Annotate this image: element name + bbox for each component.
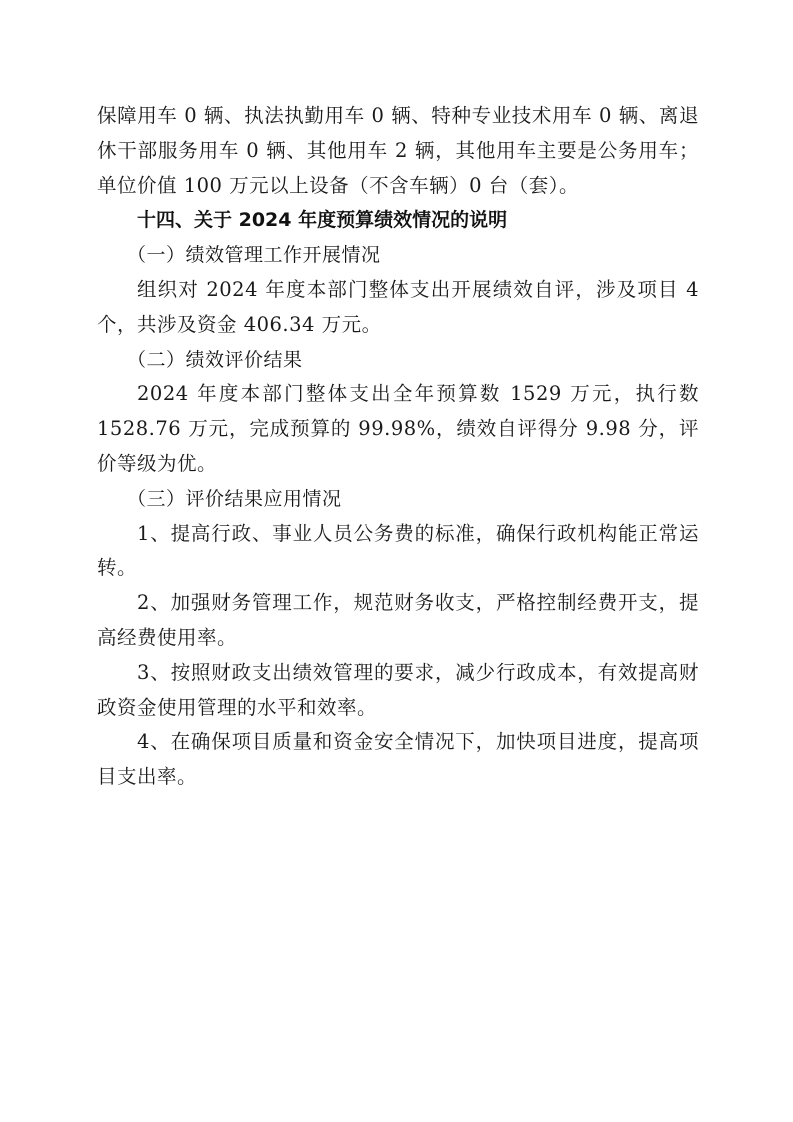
- intro-paragraph: 保障用车 0 辆、执法执勤用车 0 辆、特种专业技术用车 0 辆、离退休干部服务…: [97, 99, 699, 203]
- section-title: 十四、关于 2024 年度预算绩效情况的说明: [97, 203, 699, 238]
- list-item-application-1: 1、提高行政、事业人员公务费的标准，确保行政机构能正常运转。: [97, 517, 699, 587]
- list-item-application-2: 2、加强财务管理工作，规范财务收支，严格控制经费开支，提高经费使用率。: [97, 586, 699, 656]
- document-page: 保障用车 0 辆、执法执勤用车 0 辆、特种专业技术用车 0 辆、离退休干部服务…: [97, 99, 699, 795]
- paragraph-performance-management: 组织对 2024 年度本部门整体支出开展绩效自评，涉及项目 4 个，共涉及资金 …: [97, 273, 699, 343]
- list-item-application-4: 4、在确保项目质量和资金安全情况下，加快项目进度，提高项目支出率。: [97, 725, 699, 795]
- paragraph-evaluation-result: 2024 年度本部门整体支出全年预算数 1529 万元，执行数 1528.76 …: [97, 377, 699, 481]
- subsection-title-performance-management: （一）绩效管理工作开展情况: [97, 238, 699, 273]
- subsection-title-result-application: （三）评价结果应用情况: [97, 482, 699, 517]
- list-item-application-3: 3、按照财政支出绩效管理的要求，减少行政成本，有效提高财政资金使用管理的水平和效…: [97, 656, 699, 726]
- subsection-title-evaluation-result: （二）绩效评价结果: [97, 343, 699, 378]
